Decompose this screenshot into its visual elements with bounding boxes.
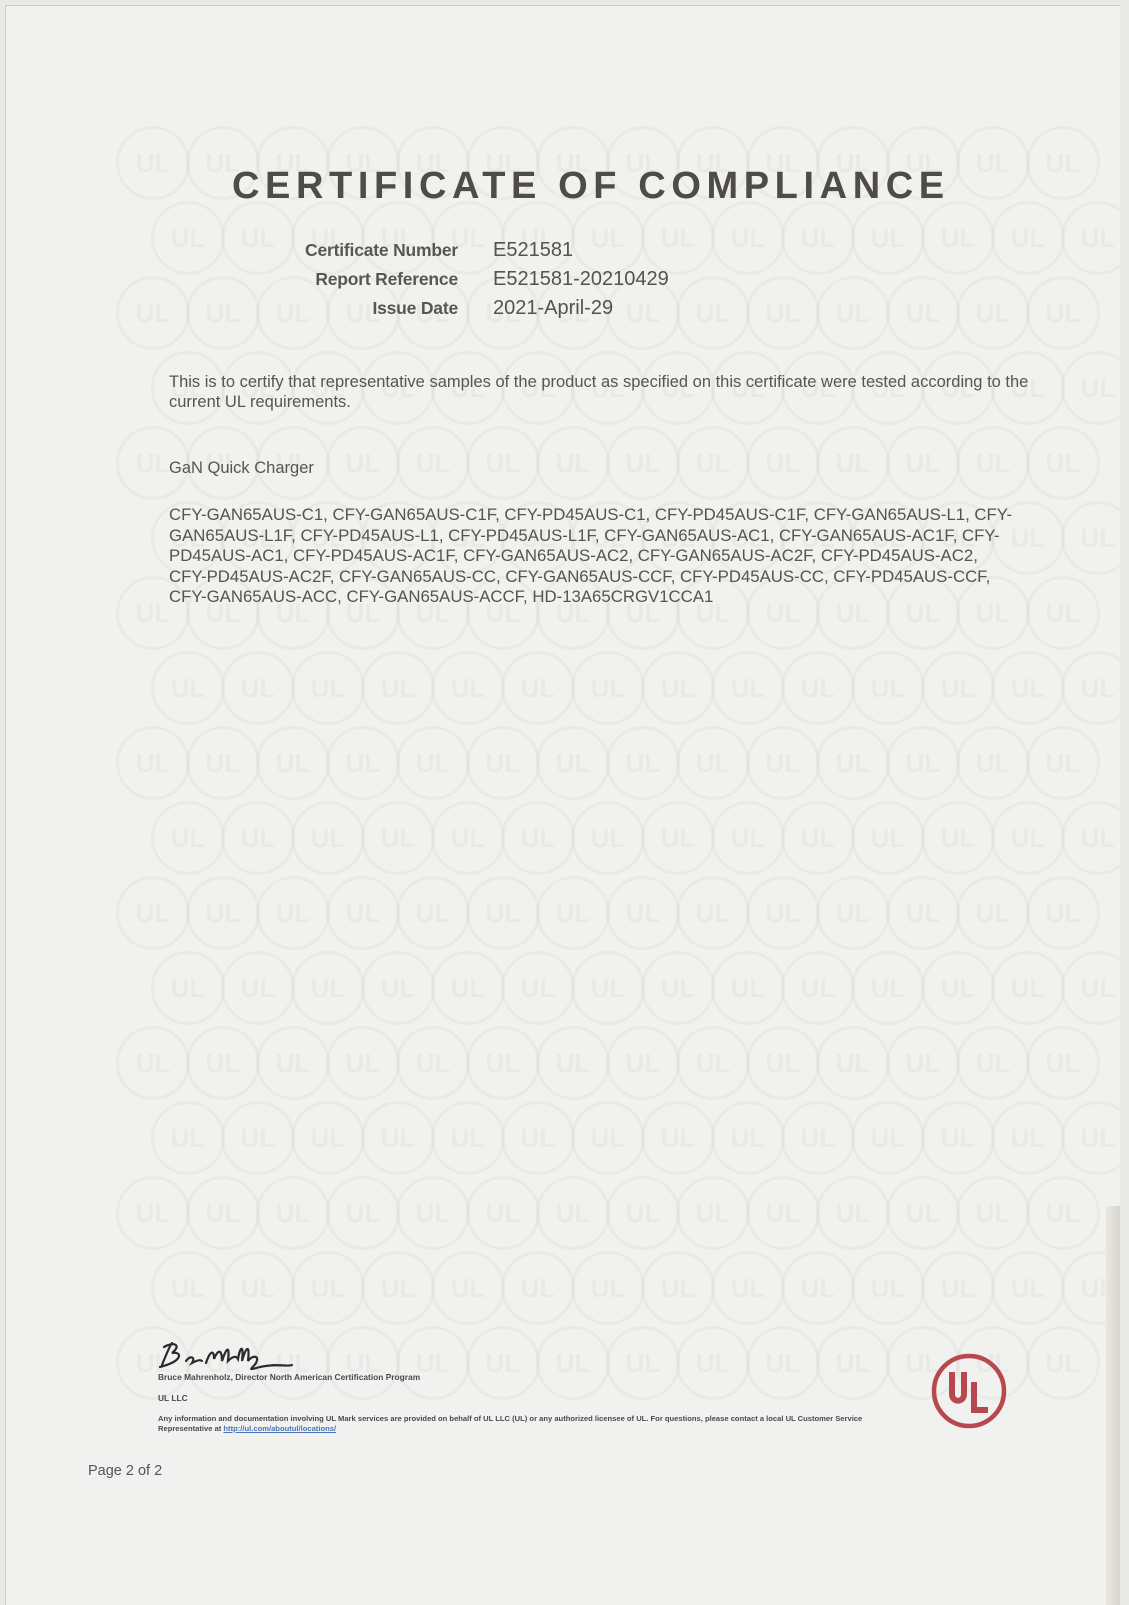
watermark-ul-ring: UL <box>256 1176 330 1250</box>
watermark-ul-ring: UL <box>571 1101 645 1175</box>
watermark-ul-ring: UL <box>501 1101 575 1175</box>
watermark-ul-ring: UL <box>711 201 785 275</box>
watermark-ul-ring: UL <box>466 426 540 500</box>
watermark-ul-ring: UL <box>606 1326 680 1400</box>
watermark-ul-ring: UL <box>1026 1326 1100 1400</box>
watermark-ul-ring: UL <box>816 1026 890 1100</box>
watermark-ul-ring: UL <box>326 1026 400 1100</box>
watermark-ul-ring: UL <box>956 876 1030 950</box>
watermark-ul-ring: UL <box>676 876 750 950</box>
watermark-ul-ring: UL <box>851 201 925 275</box>
watermark-ul-ring: UL <box>956 276 1030 350</box>
watermark-ul-ring: UL <box>606 426 680 500</box>
watermark-ul-ring: UL <box>466 1026 540 1100</box>
report-reference-value: E521581-20210429 <box>493 268 669 291</box>
watermark-ul-ring: UL <box>291 1101 365 1175</box>
watermark-ul-ring: UL <box>816 876 890 950</box>
watermark-ul-ring: UL <box>571 801 645 875</box>
watermark-ul-ring: UL <box>641 801 715 875</box>
watermark-ul-ring: UL <box>291 651 365 725</box>
watermark-ul-ring: UL <box>536 726 610 800</box>
watermark-ul-ring: UL <box>116 1026 190 1100</box>
watermark-ul-ring: UL <box>816 276 890 350</box>
page-edge-shadow <box>1106 1206 1120 1600</box>
signature-image <box>156 1337 306 1373</box>
watermark-ul-ring: UL <box>431 1251 505 1325</box>
watermark-ul-ring: UL <box>606 726 680 800</box>
watermark-ul-ring: UL <box>676 1176 750 1250</box>
watermark-ul-ring: UL <box>256 876 330 950</box>
certificate-number-label: Certificate Number <box>240 240 458 261</box>
watermark-ul-ring: UL <box>851 801 925 875</box>
watermark-ul-ring: UL <box>886 276 960 350</box>
watermark-ul-ring: UL <box>676 276 750 350</box>
watermark-ul-ring: UL <box>1026 1026 1100 1100</box>
product-name: GaN Quick Charger <box>169 458 314 478</box>
watermark-ul-ring: UL <box>1026 1176 1100 1250</box>
watermark-ul-ring: UL <box>361 801 435 875</box>
watermark-ul-ring: UL <box>991 801 1065 875</box>
watermark-ul-ring: UL <box>851 951 925 1025</box>
watermark-ul-ring: UL <box>256 1026 330 1100</box>
signatory-name: Bruce Mahrenholz, Director North America… <box>158 1372 420 1382</box>
watermark-ul-ring: UL <box>886 726 960 800</box>
watermark-ul-ring: UL <box>1061 1101 1120 1175</box>
watermark-ul-ring: UL <box>921 951 995 1025</box>
report-reference-label: Report Reference <box>240 269 458 290</box>
watermark-ul-ring: UL <box>431 951 505 1025</box>
watermark-ul-ring: UL <box>116 876 190 950</box>
watermark-ul-ring: UL <box>116 126 190 200</box>
watermark-ul-ring: UL <box>221 951 295 1025</box>
watermark-ul-ring: UL <box>116 276 190 350</box>
watermark-ul-ring: UL <box>956 426 1030 500</box>
issue-date-row: Issue Date 2021-April-29 <box>240 294 669 323</box>
watermark-ul-ring: UL <box>536 426 610 500</box>
watermark-ul-ring: UL <box>781 201 855 275</box>
watermark-ul-ring: UL <box>676 426 750 500</box>
watermark-ul-ring: UL <box>501 651 575 725</box>
watermark-ul-ring: UL <box>151 201 225 275</box>
watermark-ul-ring: UL <box>571 1251 645 1325</box>
watermark-ul-ring: UL <box>921 201 995 275</box>
watermark-ul-ring: UL <box>571 951 645 1025</box>
watermark-ul-ring: UL <box>676 1026 750 1100</box>
watermark-ul-ring: UL <box>921 1251 995 1325</box>
watermark-ul-ring: UL <box>956 126 1030 200</box>
watermark-ul-ring: UL <box>326 876 400 950</box>
watermark-ul-ring: UL <box>886 426 960 500</box>
watermark-ul-ring: UL <box>641 1101 715 1175</box>
watermark-ul-ring: UL <box>956 726 1030 800</box>
watermark-ul-ring: UL <box>291 951 365 1025</box>
watermark-ul-ring: UL <box>221 1101 295 1175</box>
watermark-ul-ring: UL <box>186 1026 260 1100</box>
watermark-ul-ring: UL <box>326 1326 400 1400</box>
watermark-ul-ring: UL <box>221 801 295 875</box>
model-list: CFY-GAN65AUS-C1, CFY-GAN65AUS-C1F, CFY-P… <box>169 505 1019 608</box>
watermark-ul-ring: UL <box>711 1251 785 1325</box>
watermark-ul-ring: UL <box>1061 351 1120 425</box>
watermark-ul-ring: UL <box>571 651 645 725</box>
watermark-ul-ring: UL <box>361 951 435 1025</box>
watermark-ul-ring: UL <box>431 801 505 875</box>
issue-date-label: Issue Date <box>240 298 458 319</box>
page-number: Page 2 of 2 <box>88 1463 162 1479</box>
watermark-ul-ring: UL <box>676 726 750 800</box>
watermark-ul-ring: UL <box>1026 126 1100 200</box>
watermark-ul-ring: UL <box>431 1101 505 1175</box>
watermark-ul-ring: UL <box>466 876 540 950</box>
watermark-ul-ring: UL <box>991 951 1065 1025</box>
watermark-ul-ring: UL <box>851 1251 925 1325</box>
watermark-ul-ring: UL <box>606 876 680 950</box>
watermark-ul-ring: UL <box>501 951 575 1025</box>
watermark-ul-ring: UL <box>361 651 435 725</box>
watermark-ul-ring: UL <box>851 1101 925 1175</box>
watermark-ul-ring: UL <box>256 726 330 800</box>
watermark-ul-ring: UL <box>501 801 575 875</box>
watermark-ul-ring: UL <box>746 726 820 800</box>
watermark-ul-ring: UL <box>431 651 505 725</box>
watermark-ul-ring: UL <box>991 1101 1065 1175</box>
watermark-ul-ring: UL <box>326 726 400 800</box>
watermark-ul-ring: UL <box>641 951 715 1025</box>
watermark-ul-ring: UL <box>396 726 470 800</box>
watermark-ul-ring: UL <box>151 801 225 875</box>
watermark-ul-ring: UL <box>221 651 295 725</box>
watermark-ul-ring: UL <box>816 426 890 500</box>
watermark-ul-ring: UL <box>816 726 890 800</box>
certification-statement: This is to certify that representative s… <box>169 372 1049 412</box>
watermark-ul-ring: UL <box>1061 201 1120 275</box>
watermark-ul-ring: UL <box>186 726 260 800</box>
watermark-ul-ring: UL <box>711 801 785 875</box>
watermark-ul-ring: UL <box>396 1326 470 1400</box>
watermark-ul-ring: UL <box>396 426 470 500</box>
watermark-ul-ring: UL <box>1026 276 1100 350</box>
watermark-ul-ring: UL <box>711 951 785 1025</box>
watermark-ul-ring: UL <box>1061 801 1120 875</box>
watermark-ul-ring: UL <box>641 1251 715 1325</box>
watermark-ul-ring: UL <box>536 876 610 950</box>
watermark-ul-ring: UL <box>711 651 785 725</box>
watermark-ul-ring: UL <box>1061 501 1120 575</box>
watermark-ul-ring: UL <box>886 876 960 950</box>
watermark-ul-ring: UL <box>396 1026 470 1100</box>
watermark-ul-ring: UL <box>921 801 995 875</box>
watermark-ul-ring: UL <box>151 1101 225 1175</box>
watermark-ul-ring: UL <box>851 651 925 725</box>
watermark-ul-ring: UL <box>466 726 540 800</box>
watermark-ul-ring: UL <box>326 426 400 500</box>
disclaimer: Any information and documentation involv… <box>158 1414 888 1433</box>
watermark-ul-ring: UL <box>326 1176 400 1250</box>
watermark-ul-ring: UL <box>291 801 365 875</box>
watermark-ul-ring: UL <box>676 1326 750 1400</box>
certificate-meta: Certificate Number E521581 Report Refere… <box>240 236 669 323</box>
watermark-ul-ring: UL <box>151 651 225 725</box>
watermark-ul-ring: UL <box>746 876 820 950</box>
watermark-ul-ring: UL <box>151 1251 225 1325</box>
watermark-ul-ring: UL <box>746 426 820 500</box>
watermark-ul-ring: UL <box>886 1176 960 1250</box>
watermark-ul-ring: UL <box>816 1176 890 1250</box>
watermark-ul-ring: UL <box>1061 951 1120 1025</box>
watermark-ul-ring: UL <box>781 951 855 1025</box>
certificate-number-row: Certificate Number E521581 <box>240 236 669 265</box>
certificate-number-value: E521581 <box>493 239 573 262</box>
watermark-ul-ring: UL <box>1061 651 1120 725</box>
watermark-ul-ring: UL <box>221 1251 295 1325</box>
watermark-ul-ring: UL <box>991 651 1065 725</box>
watermark-ul-ring: UL <box>501 1251 575 1325</box>
watermark-ul-ring: UL <box>186 1176 260 1250</box>
watermark-ul-ring: UL <box>746 1326 820 1400</box>
watermark-ul-ring: UL <box>361 1251 435 1325</box>
watermark-ul-ring: UL <box>116 726 190 800</box>
watermark-ul-ring: UL <box>116 1176 190 1250</box>
watermark-ul-ring: UL <box>816 1326 890 1400</box>
watermark-ul-ring: UL <box>991 201 1065 275</box>
watermark-ul-ring: UL <box>1026 576 1100 650</box>
watermark-ul-ring: UL <box>1026 876 1100 950</box>
watermark-ul-ring: UL <box>921 651 995 725</box>
report-reference-row: Report Reference E521581-20210429 <box>240 265 669 294</box>
watermark-ul-ring: UL <box>956 1026 1030 1100</box>
watermark-ul-ring: UL <box>396 876 470 950</box>
watermark-ul-ring: UL <box>606 1176 680 1250</box>
watermark-ul-ring: UL <box>921 1101 995 1175</box>
certificate-title: CERTIFICATE OF COMPLIANCE <box>232 165 950 208</box>
watermark-ul-ring: UL <box>606 1026 680 1100</box>
organization-name: UL LLC <box>158 1393 188 1403</box>
watermark-ul-ring: UL <box>746 1176 820 1250</box>
watermark-ul-ring: UL <box>746 276 820 350</box>
watermark-ul-ring: UL <box>781 801 855 875</box>
watermark-ul-ring: UL <box>641 651 715 725</box>
watermark-ul-ring: UL <box>991 1251 1065 1325</box>
watermark-ul-ring: UL <box>781 1251 855 1325</box>
watermark-ul-ring: UL <box>536 1326 610 1400</box>
watermark-ul-ring: UL <box>1026 426 1100 500</box>
watermark-ul-ring: UL <box>186 876 260 950</box>
watermark-ul-ring: UL <box>956 1176 1030 1250</box>
watermark-ul-ring: UL <box>781 1101 855 1175</box>
watermark-ul-ring: UL <box>746 1026 820 1100</box>
watermark-ul-ring: UL <box>781 651 855 725</box>
issue-date-value: 2021-April-29 <box>493 297 613 320</box>
watermark-ul-ring: UL <box>361 1101 435 1175</box>
watermark-ul-ring: UL <box>466 1326 540 1400</box>
watermark-ul-ring: UL <box>1026 726 1100 800</box>
locations-link[interactable]: http://ul.com/aboutul/locations/ <box>223 1424 336 1433</box>
watermark-ul-ring: UL <box>291 1251 365 1325</box>
ul-logo-icon <box>930 1352 1008 1430</box>
watermark-ul-ring: UL <box>536 1026 610 1100</box>
watermark-ul-ring: UL <box>151 951 225 1025</box>
watermark-ul-ring: UL <box>886 1026 960 1100</box>
watermark-ul-ring: UL <box>711 1101 785 1175</box>
watermark-ul-ring: UL <box>396 1176 470 1250</box>
watermark-ul-ring: UL <box>536 1176 610 1250</box>
watermark-ul-ring: UL <box>466 1176 540 1250</box>
